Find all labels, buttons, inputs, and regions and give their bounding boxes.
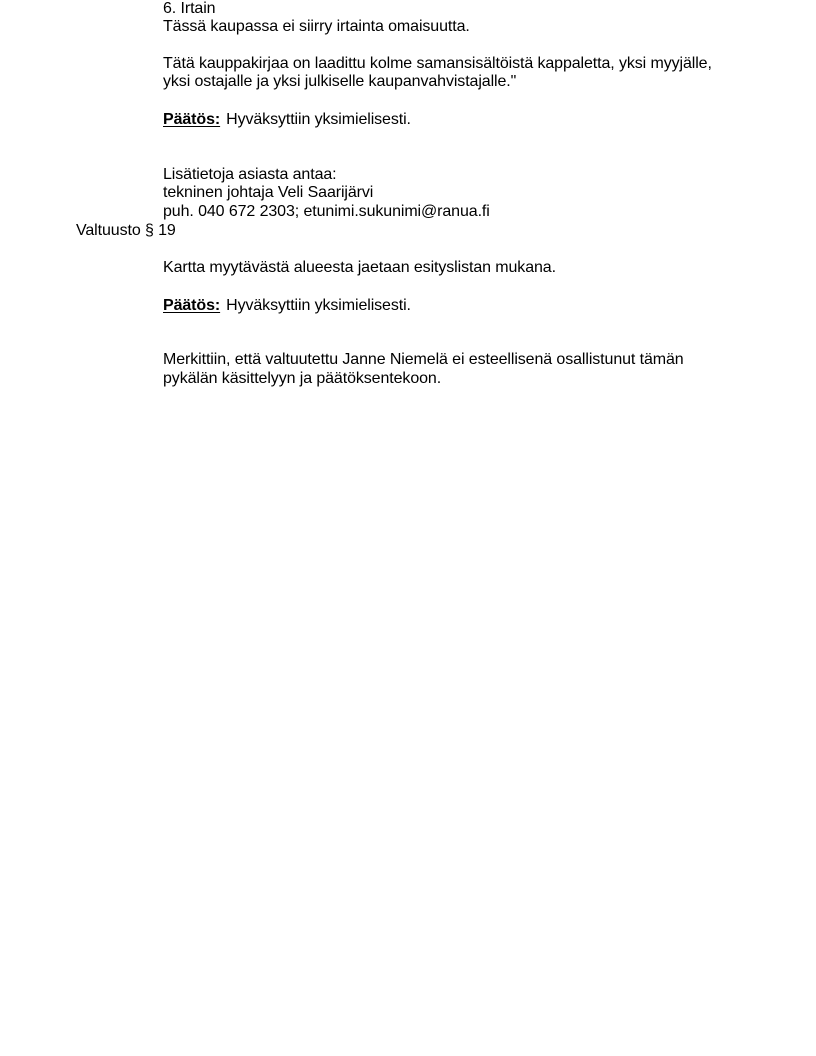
contact-intro: Lisätietoja asiasta antaa: (163, 165, 337, 184)
decision-text: Hyväksyttiin yksimielisesti. (226, 111, 411, 128)
copies-paragraph-line-2: yksi ostajalle ja yksi julkiselle kaupan… (163, 72, 516, 91)
contact-details: puh. 040 672 2303; etunimi.sukunimi@ranu… (163, 202, 490, 221)
decision-1: Päätös:Hyväksyttiin yksimielisesti. (163, 110, 411, 129)
council-section-label: Valtuusto § 19 (76, 221, 176, 240)
contact-person: tekninen johtaja Veli Saarijärvi (163, 183, 373, 202)
council-section-text: Kartta myytävästä alueesta jaetaan esity… (163, 258, 556, 277)
decision-label: Päätös: (163, 111, 220, 128)
section-text: Tässä kaupassa ei siirry irtainta omaisu… (163, 17, 470, 36)
note-line-1: Merkittiin, että valtuutettu Janne Nieme… (163, 350, 684, 369)
decision-label: Päätös: (163, 297, 220, 314)
note-line-2: pykälän käsittelyyn ja päätöksentekoon. (163, 369, 441, 388)
decision-2: Päätös:Hyväksyttiin yksimielisesti. (163, 296, 411, 315)
decision-text: Hyväksyttiin yksimielisesti. (226, 297, 411, 314)
copies-paragraph-line-1: Tätä kauppakirjaa on laadittu kolme sama… (163, 54, 712, 73)
section-heading: 6. Irtain (163, 0, 215, 18)
